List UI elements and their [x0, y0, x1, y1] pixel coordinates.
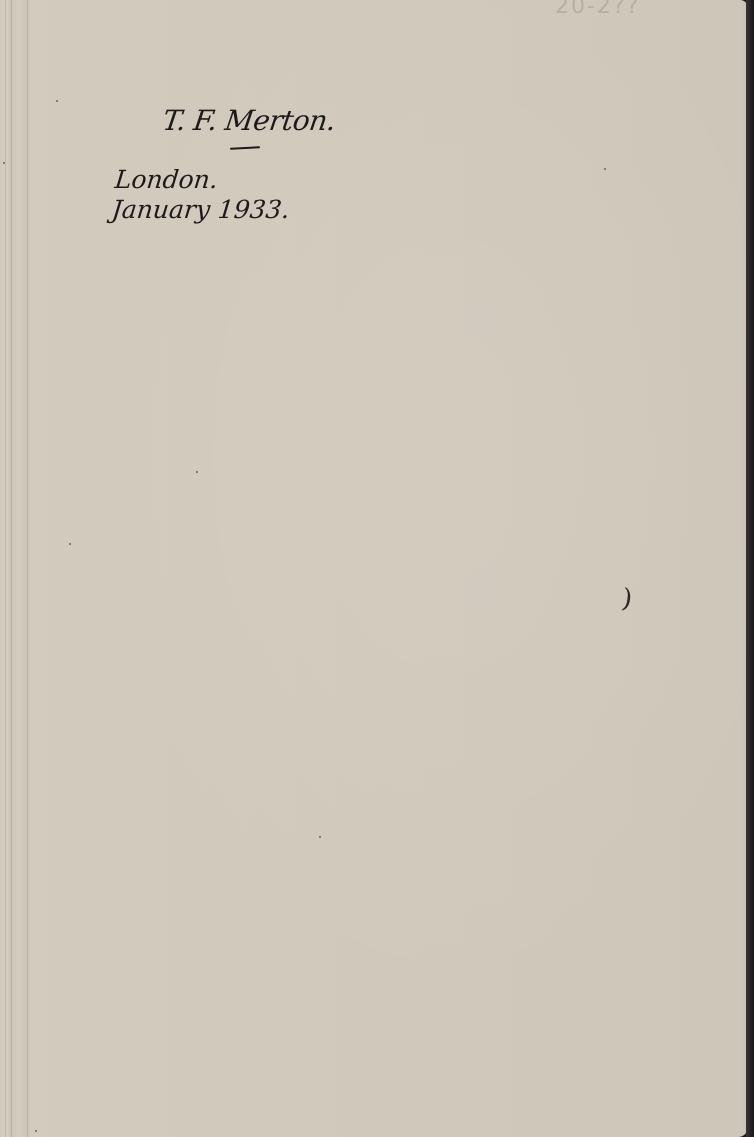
margin-ink-mark: )	[620, 583, 634, 614]
spine-crease	[11, 0, 12, 1137]
spine-crease	[27, 0, 28, 1137]
ink-speck	[56, 100, 58, 102]
handwritten-signature: T. F. Merton.	[161, 104, 338, 137]
handwritten-place: London.	[113, 165, 219, 194]
ink-speck	[69, 543, 71, 545]
ink-speck	[319, 836, 321, 838]
ink-speck	[196, 471, 198, 473]
ink-speck	[35, 1130, 37, 1132]
signature-underline	[230, 146, 260, 150]
spine-crease	[5, 0, 6, 1137]
book-flyleaf-page: 20-2?? T. F. Merton. London. January 193…	[0, 0, 748, 1137]
handwritten-date: January 1933.	[110, 195, 291, 224]
ink-speck	[3, 162, 5, 164]
pencil-shelfmark-note: 20-2??	[555, 0, 640, 19]
ink-speck	[604, 168, 606, 170]
book-cover-edge	[746, 0, 754, 1137]
